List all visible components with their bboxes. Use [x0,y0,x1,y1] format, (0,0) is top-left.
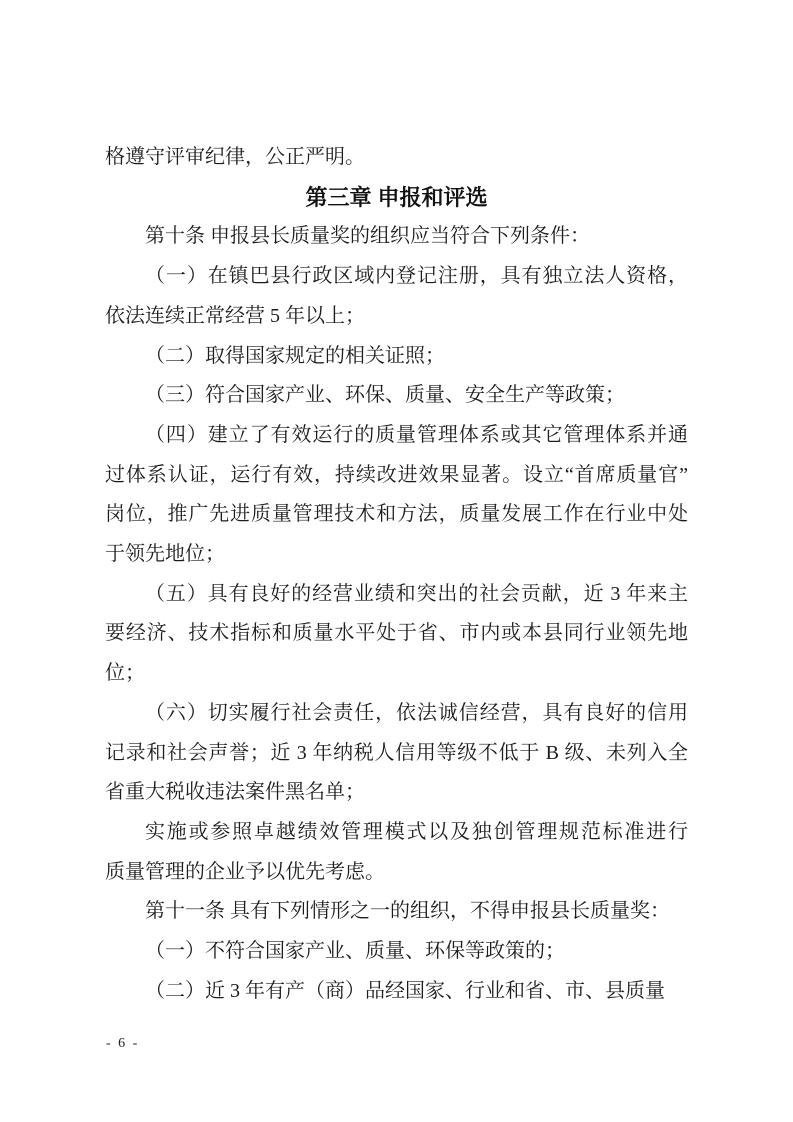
text-line: （一）不符合国家产业、质量、环保等政策的； [105,932,688,972]
text-line: （四）建立了有效运行的质量管理体系或其它管理体系并通 [105,416,688,456]
article-10-item-3: （三）符合国家产业、环保、质量、安全生产等政策； [105,376,688,416]
article-10-item-4: （四）建立了有效运行的质量管理体系或其它管理体系并通过体系认证，运行有效，持续改… [105,416,688,575]
text-line: （六）切实履行社会责任，依法诚信经营，具有良好的信用 [105,694,688,734]
text-line: 省重大税收违法案件黑名单； [105,773,688,813]
document-body: 格遵守评审纪律，公正严明。第三章 申报和评选第十条 申报县长质量奖的组织应当符合… [105,138,688,1011]
article-10-item-5: （五）具有良好的经营业绩和突出的社会贡献，近 3 年来主要经济、技术指标和质量水… [105,575,688,694]
text-line: 要经济、技术指标和质量水平处于省、市内或本县同行业领先地 [105,614,688,654]
text-line: 第十一条 具有下列情形之一的组织，不得申报县长质量奖： [105,892,688,932]
article-11-item-2: （二）近 3 年有产（商）品经国家、行业和省、市、县质量 [105,972,688,1012]
chapter-heading: 第三章 申报和评选 [105,178,688,218]
article-10-item-2: （二）取得国家规定的相关证照； [105,337,688,377]
text-line: 格遵守评审纪律，公正严明。 [105,138,688,178]
text-line: 实施或参照卓越绩效管理模式以及独创管理规范标准进行 [105,813,688,853]
article-11-item-1: （一）不符合国家产业、质量、环保等政策的； [105,932,688,972]
article-10: 第十条 申报县长质量奖的组织应当符合下列条件： [105,217,688,257]
article-10-item-6: （六）切实履行社会责任，依法诚信经营，具有良好的信用记录和社会声誉；近 3 年纳… [105,694,688,813]
text-line: （一）在镇巴县行政区域内登记注册，具有独立法人资格， [105,257,688,297]
text-line: （三）符合国家产业、环保、质量、安全生产等政策； [105,376,688,416]
priority-note: 实施或参照卓越绩效管理模式以及独创管理规范标准进行质量管理的企业予以优先考虑。 [105,813,688,892]
text-line: （五）具有良好的经营业绩和突出的社会贡献，近 3 年来主 [105,575,688,615]
text-line: 第十条 申报县长质量奖的组织应当符合下列条件： [105,217,688,257]
text-line: 依法连续正常经营 5 年以上； [105,297,688,337]
document-page: 格遵守评审纪律，公正严明。第三章 申报和评选第十条 申报县长质量奖的组织应当符合… [0,0,793,1122]
text-line: 岗位，推广先进质量管理技术和方法，质量发展工作在行业中处 [105,495,688,535]
paragraph-continuation: 格遵守评审纪律，公正严明。 [105,138,688,178]
article-11: 第十一条 具有下列情形之一的组织，不得申报县长质量奖： [105,892,688,932]
page-number: - 6 - [106,1036,139,1052]
text-line: 于领先地位； [105,535,688,575]
text-line: （二）近 3 年有产（商）品经国家、行业和省、市、县质量 [105,972,688,1012]
text-line: （二）取得国家规定的相关证照； [105,337,688,377]
article-10-item-1: （一）在镇巴县行政区域内登记注册，具有独立法人资格，依法连续正常经营 5 年以上… [105,257,688,336]
text-line: 记录和社会声誉；近 3 年纳税人信用等级不低于 B 级、未列入全 [105,734,688,774]
text-line: 位； [105,654,688,694]
text-line: 质量管理的企业予以优先考虑。 [105,853,688,893]
text-line: 过体系认证，运行有效，持续改进效果显著。设立“首席质量官” [105,456,688,496]
